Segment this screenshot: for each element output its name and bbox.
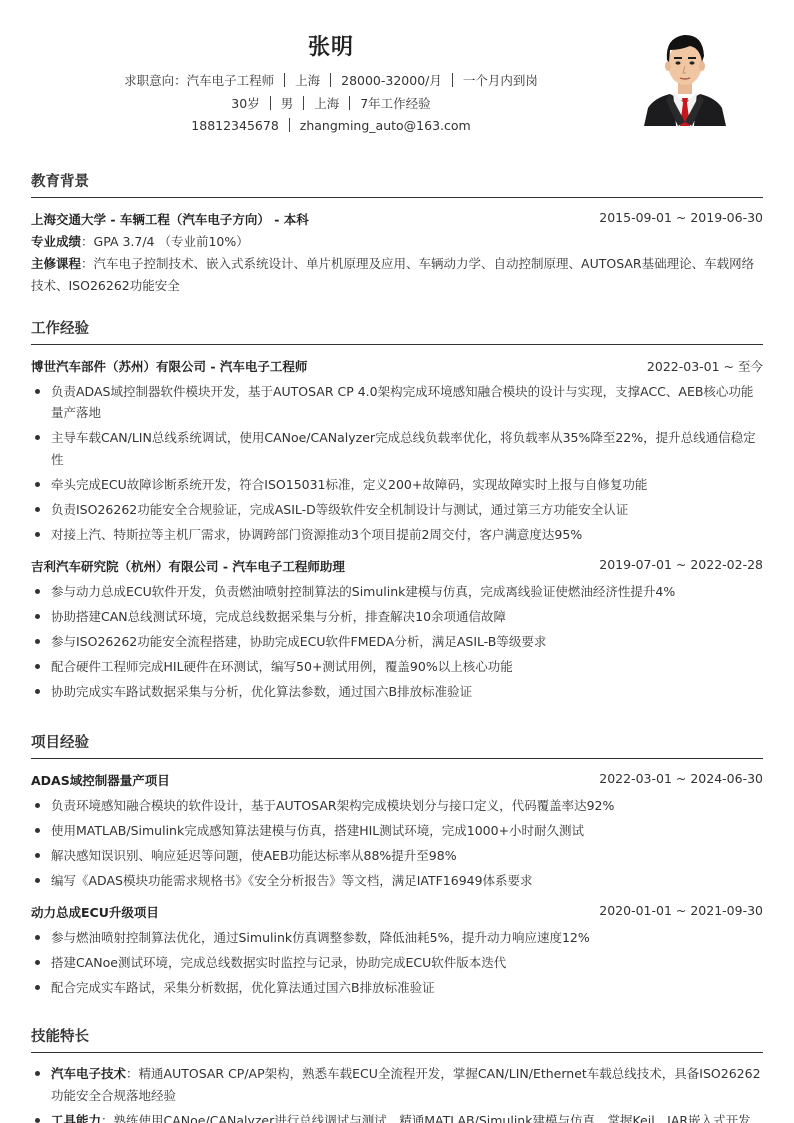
age: 30岁 (231, 96, 259, 111)
skill-text: ：精通AUTOSAR CP/AP架构，熟悉车载ECU全流程开发，掌握CAN/LI… (51, 1066, 761, 1103)
section-divider (31, 1052, 763, 1053)
school-major-degree: 上海交通大学 - 车辆工程（汽车电子方向） - 本科 (31, 210, 309, 228)
courses-row: 主修课程：汽车电子控制技术、嵌入式系统设计、单片机原理及应用、车辆动力学、自动控… (31, 253, 763, 297)
section-divider (31, 344, 763, 345)
list-item: 编写《ADAS模块功能需求规格书》《安全分析报告》等文档，满足IATF16949… (31, 870, 763, 892)
list-item: 主导车载CAN/LIN总线系统调试，使用CANoe/CANalyzer完成总线负… (31, 427, 763, 470)
divider (289, 118, 290, 132)
list-item: 使用MATLAB/Simulink完成感知算法建模与仿真，搭建HIL测试环境，完… (31, 820, 763, 842)
availability: 一个月内到岗 (463, 73, 538, 88)
project-date: 2020-01-01 ~ 2021-09-30 (599, 903, 763, 918)
list-item: 协助完成实车路试数据采集与分析，优化算法参数，通过国六B排放标准验证 (31, 681, 763, 703)
divider (284, 73, 285, 87)
list-item: 负责ISO26262功能安全合规验证，完成ASIL-D等级软件安全机制设计与测试… (31, 499, 763, 521)
project-name: 动力总成ECU升级项目 (31, 903, 159, 921)
gpa-value: ：GPA 3.7/4 （专业前10%） (81, 234, 249, 249)
years-experience: 7年工作经验 (360, 96, 430, 111)
gpa-row: 专业成绩：GPA 3.7/4 （专业前10%） (31, 231, 763, 253)
work-bullets: 负责ADAS域控制器软件模块开发，基于AUTOSAR CP 4.0架构完成环境感… (31, 381, 763, 546)
list-item: 协助搭建CAN总线测试环境，完成总线数据采集与分析，排查解决10余项通信故障 (31, 606, 763, 628)
list-item: 参与ISO26262功能安全流程搭建，协助完成ECU软件FMEDA分析，满足AS… (31, 631, 763, 653)
section-title: 技能特长 (31, 1027, 763, 1049)
skill-item: 汽车电子技术：精通AUTOSAR CP/AP架构，熟悉车载ECU全流程开发，掌握… (31, 1063, 763, 1106)
courses-label: 主修课程 (31, 256, 81, 271)
work-bullets: 参与动力总成ECU软件开发，负责燃油喷射控制算法的Simulink建模与仿真，完… (31, 581, 763, 703)
project-bullets: 参与燃油喷射控制算法优化，通过Simulink仿真调整参数，降低油耗5%，提升动… (31, 927, 763, 999)
list-item: 参与燃油喷射控制算法优化，通过Simulink仿真调整参数，降低油耗5%，提升动… (31, 927, 763, 949)
list-item: 解决感知误识别、响应延迟等问题，使AEB功能达标率从88%提升至98% (31, 845, 763, 867)
divider (303, 96, 304, 110)
skill-text: ：熟练使用CANoe/CANalyzer进行总线调试与测试，精通MATLAB/S… (101, 1113, 751, 1123)
list-item: 牵头完成ECU故障诊断系统开发，符合ISO15031标准，定义200+故障码，实… (31, 474, 763, 496)
section-divider (31, 758, 763, 759)
list-item: 对接上汽、特斯拉等主机厂需求，协调跨部门资源推动3个项目提前2周交付，客户满意度… (31, 524, 763, 546)
project-name: ADAS域控制器量产项目 (31, 771, 170, 789)
project-bullets: 负责环境感知融合模块的软件设计，基于AUTOSAR架构完成模块划分与接口定义，代… (31, 795, 763, 892)
candidate-name: 张明 (0, 30, 662, 61)
intent-city: 上海 (295, 73, 320, 88)
list-item: 负责环境感知融合模块的软件设计，基于AUTOSAR架构完成模块划分与接口定义，代… (31, 795, 763, 817)
skills-section: 技能特长 汽车电子技术：精通AUTOSAR CP/AP架构，熟悉车载ECU全流程… (31, 1027, 763, 1123)
skill-label: 工具能力 (51, 1113, 101, 1123)
work-date: 2022-03-01 ~ 至今 (647, 357, 763, 375)
basic-info-line: 30岁男上海7年工作经验 (0, 94, 662, 112)
expected-salary: 28000-32000/月 (341, 73, 442, 88)
work-entry-header: 博世汽车部件（苏州）有限公司 - 汽车电子工程师 2022-03-01 ~ 至今 (31, 357, 763, 377)
job-intent: 求职意向：汽车电子工程师 (124, 73, 274, 88)
work-section: 工作经验 博世汽车部件（苏州）有限公司 - 汽车电子工程师 2022-03-01… (31, 319, 763, 702)
section-divider (31, 197, 763, 198)
avatar-photo (640, 26, 730, 126)
section-title: 工作经验 (31, 319, 763, 341)
project-entry-header: 动力总成ECU升级项目 2020-01-01 ~ 2021-09-30 (31, 903, 763, 923)
email-address: zhangming_auto@163.com (300, 118, 471, 133)
education-section: 教育背景 上海交通大学 - 车辆工程（汽车电子方向） - 本科 2015-09-… (31, 172, 763, 297)
courses-value: ：汽车电子控制技术、嵌入式系统设计、单片机原理及应用、车辆动力学、自动控制原理、… (31, 256, 754, 293)
skill-label: 汽车电子技术 (51, 1066, 126, 1081)
list-item: 负责ADAS域控制器软件模块开发，基于AUTOSAR CP 4.0架构完成环境感… (31, 381, 763, 424)
section-title: 教育背景 (31, 172, 763, 194)
work-entry-header: 吉利汽车研究院（杭州）有限公司 - 汽车电子工程师助理 2019-07-01 ~… (31, 557, 763, 577)
contact-line: 18812345678zhangming_auto@163.com (0, 118, 662, 133)
divider (452, 73, 453, 87)
company-role: 吉利汽车研究院（杭州）有限公司 - 汽车电子工程师助理 (31, 557, 345, 575)
education-date: 2015-09-01 ~ 2019-06-30 (599, 210, 763, 225)
education-entry-header: 上海交通大学 - 车辆工程（汽车电子方向） - 本科 2015-09-01 ~ … (31, 210, 763, 230)
project-date: 2022-03-01 ~ 2024-06-30 (599, 771, 763, 786)
divider (330, 73, 331, 87)
divider (349, 96, 350, 110)
gender: 男 (281, 96, 294, 111)
list-item: 参与动力总成ECU软件开发，负责燃油喷射控制算法的Simulink建模与仿真，完… (31, 581, 763, 603)
skill-item: 工具能力：熟练使用CANoe/CANalyzer进行总线调试与测试，精通MATL… (31, 1110, 763, 1123)
skills-bullets: 汽车电子技术：精通AUTOSAR CP/AP架构，熟悉车载ECU全流程开发，掌握… (31, 1063, 763, 1123)
job-intent-line: 求职意向：汽车电子工程师上海28000-32000/月一个月内到岗 (0, 71, 662, 89)
location: 上海 (314, 96, 339, 111)
divider (270, 96, 271, 110)
work-date: 2019-07-01 ~ 2022-02-28 (599, 557, 763, 572)
section-title: 项目经验 (31, 733, 763, 755)
list-item: 搭建CANoe测试环境，完成总线数据实时监控与记录，协助完成ECU软件版本迭代 (31, 952, 763, 974)
resume-page: 张明 求职意向：汽车电子工程师上海28000-32000/月一个月内到岗 30岁… (0, 0, 794, 1123)
portrait-icon (640, 26, 730, 126)
project-entry-header: ADAS域控制器量产项目 2022-03-01 ~ 2024-06-30 (31, 771, 763, 791)
company-role: 博世汽车部件（苏州）有限公司 - 汽车电子工程师 (31, 357, 307, 375)
projects-section: 项目经验 ADAS域控制器量产项目 2022-03-01 ~ 2024-06-3… (31, 733, 763, 998)
phone-number: 18812345678 (191, 118, 278, 133)
gpa-label: 专业成绩 (31, 234, 81, 249)
list-item: 配合完成实车路试，采集分析数据，优化算法通过国六B排放标准验证 (31, 977, 763, 999)
list-item: 配合硬件工程师完成HIL硬件在环测试，编写50+测试用例，覆盖90%以上核心功能 (31, 656, 763, 678)
